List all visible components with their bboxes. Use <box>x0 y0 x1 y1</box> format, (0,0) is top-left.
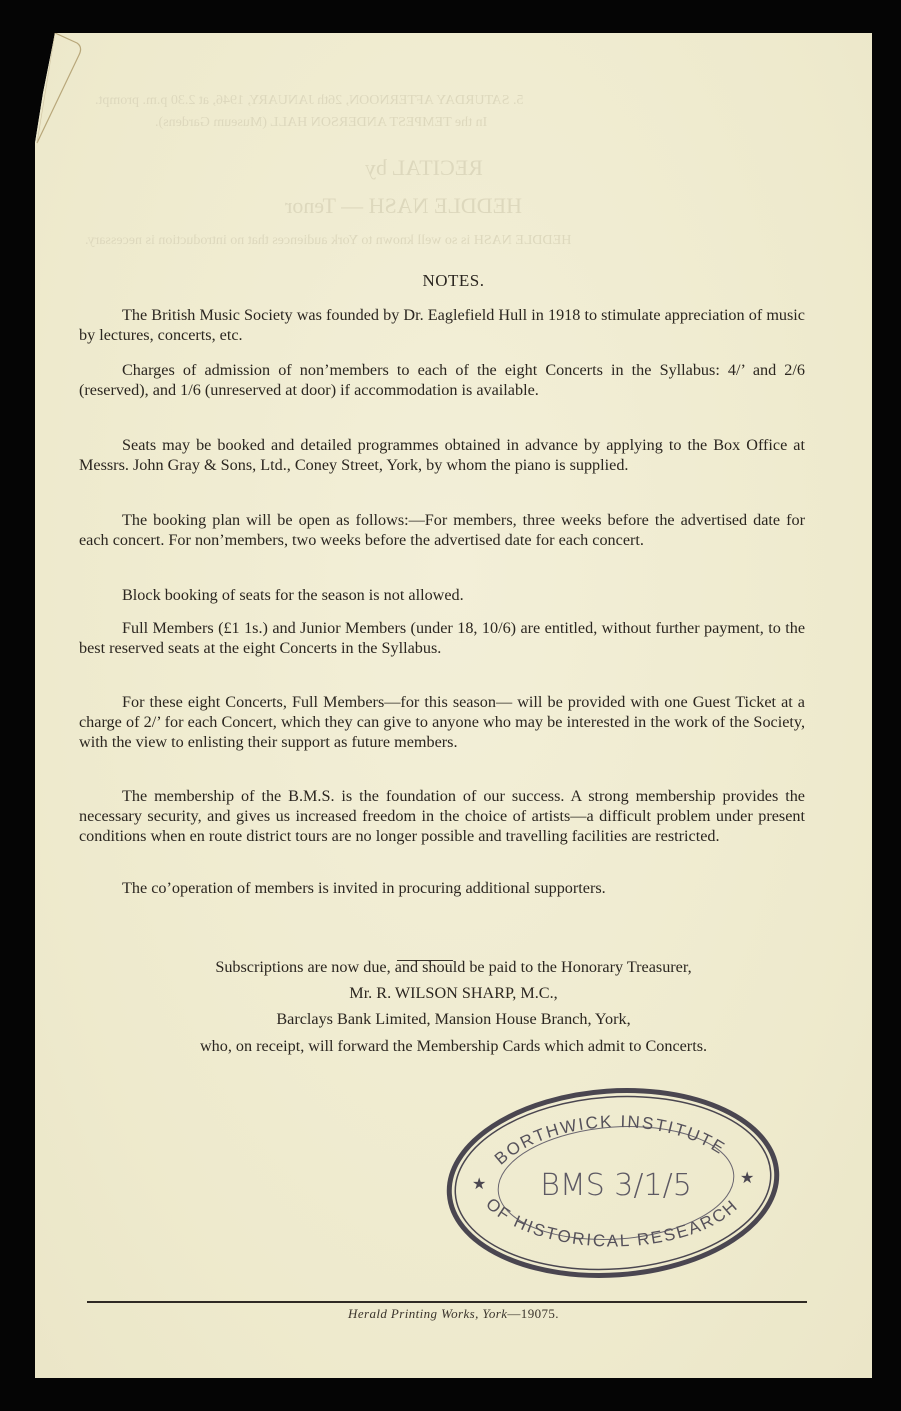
svg-text:★: ★ <box>740 1170 754 1187</box>
printer-name: Herald Printing Works, York <box>348 1306 507 1321</box>
page-title: NOTES. <box>35 271 872 291</box>
bank-address: Barclays Bank Limited, Mansion House Bra… <box>35 1009 872 1029</box>
paragraph-block-booking: Block booking of seats for the season is… <box>79 585 805 605</box>
document-page: 5. SATURDAY AFTERNOON, 26th JANUARY, 194… <box>35 33 872 1378</box>
archive-reference: BMS 3/1/5 <box>540 1168 692 1203</box>
paragraph-membership-fees: Full Members (£1 1s.) and Junior Members… <box>79 618 805 658</box>
paragraph-booking-plan: The booking plan will be open as follows… <box>79 510 805 550</box>
paragraph-membership-importance: The membership of the B.M.S. is the foun… <box>79 786 805 846</box>
membership-cards-notice: who, on receipt, will forward the Member… <box>35 1036 872 1056</box>
oval-stamp-icon: BORTHWICK INSTITUTE OF HISTORICAL RESEAR… <box>444 1083 782 1283</box>
footer-rule <box>87 1301 807 1303</box>
paragraph-guest-ticket: For these eight Concerts, Full Members—f… <box>79 692 805 752</box>
paragraph-cooperation: The co’operation of members is invited i… <box>79 878 805 898</box>
treasurer-name: Mr. R. WILSON SHARP, M.C., <box>35 983 872 1003</box>
borthwick-institute-stamp: BORTHWICK INSTITUTE OF HISTORICAL RESEAR… <box>444 1083 782 1283</box>
print-job-number: —19075. <box>507 1306 559 1321</box>
svg-text:BORTHWICK INSTITUTE: BORTHWICK INSTITUTE <box>491 1112 729 1169</box>
svg-text:★: ★ <box>472 1176 486 1193</box>
paragraph-admission-charges: Charges of admission of non’members to e… <box>79 360 805 400</box>
printer-imprint: Herald Printing Works, York—19075. <box>35 1306 872 1322</box>
paragraph-founding: The British Music Society was founded by… <box>79 305 805 345</box>
subscription-notice: Subscriptions are now due, and should be… <box>35 957 872 977</box>
paragraph-seat-booking: Seats may be booked and detailed program… <box>79 435 805 475</box>
